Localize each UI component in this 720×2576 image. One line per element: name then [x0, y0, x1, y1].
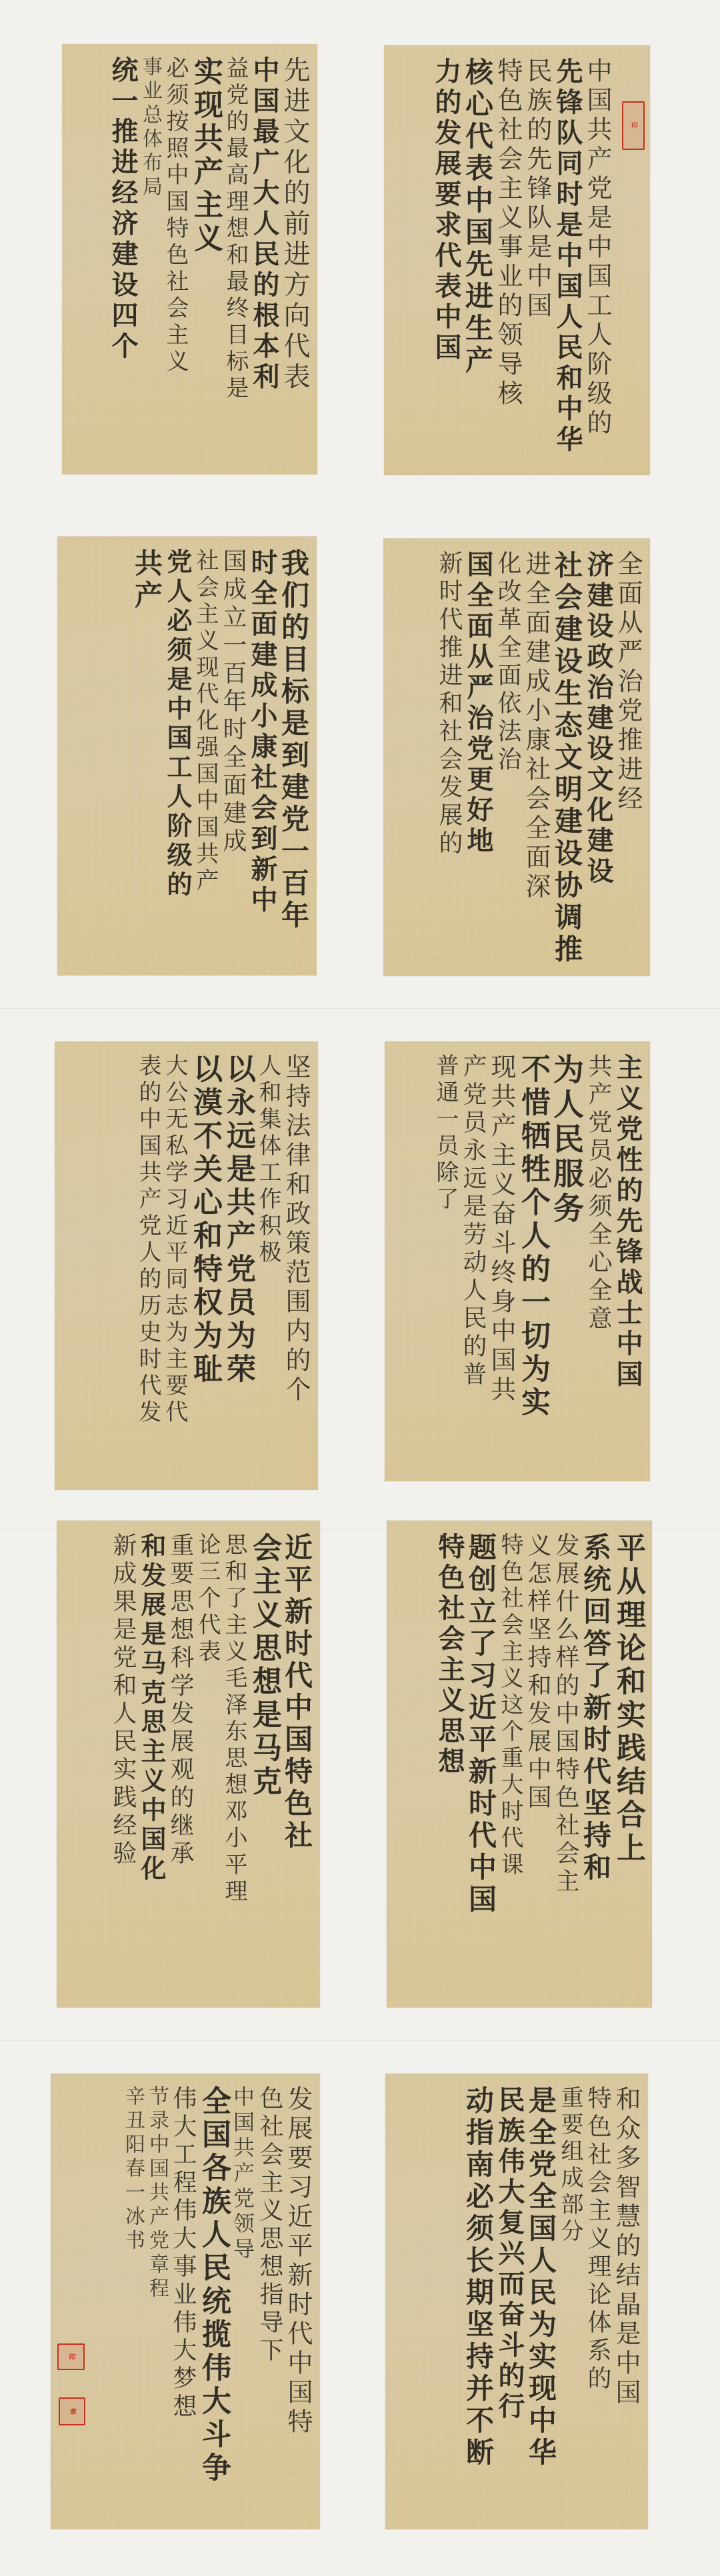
calligraphy-column: 平从理论和实践结合上 — [613, 1533, 643, 1998]
calligraphy-column: 社会主义现代化强国中国共产 — [194, 548, 217, 966]
calligraphy-column: 先锋队同时是中国人民和中华 — [554, 57, 581, 466]
calligraphy-leaf-r3-right: 主义党性的先锋战士中国共产党员必须全心全意为人民服务不惜牺牲个人的一切为实现共产… — [385, 1041, 650, 1481]
text-columns: 坚持法律和政策范围内的个人和集体工作积极以永远是共产党员为荣以漠不关心和特权为耻… — [64, 1053, 309, 1481]
calligraphy-column: 以永远是共产党员为荣 — [223, 1053, 253, 1481]
calligraphy-column: 核心代表中国先进生产 — [463, 57, 491, 466]
calligraphy-column: 坚持法律和政策范围内的个 — [283, 1053, 309, 1481]
calligraphy-column: 化改革全面依法治 — [495, 550, 519, 967]
calligraphy-column: 重要思想科学发展观的继承 — [168, 1533, 192, 1998]
calligraphy-column: 事业总体布局 — [140, 56, 160, 465]
calligraphy-leaf-r5-right: 和众多智慧的结晶是中国特色社会主义理论体系的重要组成部分是全党全国人民为实现中华… — [385, 2074, 648, 2529]
calligraphy-column: 特色社会主义事业的领导核 — [495, 57, 521, 466]
calligraphy-column: 国全面从严治党更好地 — [465, 550, 491, 967]
calligraphy-leaf-r4-left: 近平新时代中国特色社会主义思想是马克思和了主义毛泽东思想邓小平理论三个代表重要思… — [57, 1521, 320, 2008]
calligraphy-column: 益党的最高理想和最终目标是 — [224, 56, 247, 465]
calligraphy-column: 为人民服务 — [551, 1053, 582, 1472]
calligraphy-column: 论三个代表 — [196, 1533, 219, 1998]
calligraphy-leaf-r4-right: 平从理论和实践结合上系统回答了新时代坚持和发展什么样的中国特色社会主义怎样坚持和… — [387, 1521, 652, 2008]
red-seal-stamp: 章 — [59, 2397, 85, 2425]
page-seam — [0, 1008, 720, 1009]
calligraphy-column: 色社会主义思想指导下 — [257, 2086, 281, 2520]
calligraphy-column: 先进文化的前进方向代表 — [281, 56, 308, 465]
calligraphy-column: 发展要习近平新时代中国特 — [285, 2086, 311, 2520]
text-columns: 主义党性的先锋战士中国共产党员必须全心全意为人民服务不惜牺牲个人的一切为实现共产… — [394, 1053, 641, 1472]
calligraphy-column: 国成立一百年时全面建成 — [221, 548, 245, 966]
calligraphy-column: 伟大工程伟大事业伟大梦想 — [171, 2086, 195, 2520]
calligraphy-leaf-r2-left: 我们的目标是到建党一百年时全面建成小康社会到新中国成立一百年时全面建成社会主义现… — [57, 536, 317, 975]
calligraphy-column: 以漠不关心和特权为耻 — [190, 1053, 219, 1481]
text-columns: 全面从严治党推进经济建设政治建设文化建设社会建设生态文明建设协调推进全面建成小康… — [393, 550, 641, 967]
calligraphy-column: 民族的先锋队是中国 — [525, 57, 550, 466]
calligraphy-column: 济建设政治建设文化建设 — [585, 550, 611, 967]
calligraphy-column: 全国各族人民统揽伟大斗争 — [199, 2086, 228, 2520]
calligraphy-column: 现共产主义奋斗终身中国共 — [489, 1053, 514, 1472]
calligraphy-column: 党人必须是中国工人阶级的 — [165, 548, 190, 966]
calligraphy-column: 大公无私学习近平同志为主要代 — [163, 1053, 186, 1481]
calligraphy-column: 社会建设生态文明建设协调推 — [553, 550, 581, 967]
calligraphy-leaf-r1-right: 中国共产党是中国工人阶级的先锋队同时是中国人民和中华民族的先锋队是中国特色社会主… — [384, 45, 650, 475]
calligraphy-column: 思和了主义毛泽东思想邓小平理 — [223, 1533, 245, 1998]
text-columns: 平从理论和实践结合上系统回答了新时代坚持和发展什么样的中国特色社会主义怎样坚持和… — [396, 1533, 643, 1998]
calligraphy-column: 不惜牺牲个人的一切为实 — [518, 1053, 547, 1472]
text-columns: 我们的目标是到建党一百年时全面建成小康社会到新中国成立一百年时全面建成社会主义现… — [67, 548, 307, 966]
text-columns: 中国共产党是中国工人阶级的先锋队同时是中国人民和中华民族的先锋队是中国特色社会主… — [393, 57, 610, 466]
calligraphy-column: 系统回答了新时代坚持和 — [581, 1533, 609, 1998]
red-seal-stamp: 印 — [57, 2343, 85, 2370]
calligraphy-column: 中国共产党领导 — [232, 2086, 253, 2520]
calligraphy-column: 会主义思想是马克 — [249, 1533, 279, 1998]
calligraphy-column: 是全党全国人民为实现中华 — [527, 2086, 555, 2520]
calligraphy-column: 特色社会主义这个重大时代课 — [499, 1533, 521, 1998]
text-columns: 和众多智慧的结晶是中国特色社会主义理论体系的重要组成部分是全党全国人民为实现中华… — [395, 2086, 639, 2520]
calligraphy-column: 我们的目标是到建党一百年 — [279, 548, 307, 966]
calligraphy-leaf-r3-left: 坚持法律和政策范围内的个人和集体工作积极以永远是共产党员为荣以漠不关心和特权为耻… — [55, 1041, 318, 1490]
calligraphy-column: 和众多智慧的结晶是中国 — [613, 2086, 639, 2520]
red-seal-stamp: 印 — [622, 101, 645, 150]
calligraphy-column: 和发展是马克思主义中国化 — [139, 1533, 164, 1998]
calligraphy-column: 全面从严治党推进经 — [615, 550, 641, 967]
calligraphy-column: 表的中国共产党人的历史时代发 — [137, 1053, 159, 1481]
calligraphy-column: 普通一员除了 — [434, 1053, 457, 1472]
calligraphy-leaf-r2-right: 全面从严治党推进经济建设政治建设文化建设社会建设生态文明建设协调推进全面建成小康… — [383, 538, 650, 976]
calligraphy-column: 时全面建成小康社会到新中 — [249, 548, 275, 966]
calligraphy-column: 必须按照中国特色社会主义 — [164, 56, 187, 465]
calligraphy-column: 特色社会主义思想 — [436, 1533, 463, 1998]
calligraphy-column: 力的发展要求代表中国 — [433, 57, 459, 466]
calligraphy-column: 统一推进经济建设四个 — [109, 56, 136, 465]
calligraphy-column: 民族伟大复兴而奋斗的行 — [496, 2086, 523, 2520]
calligraphy-column: 动指南必须长期坚持并不断 — [464, 2086, 492, 2520]
text-columns: 先进文化的前进方向代表中国最广大人民的根本利益党的最高理想和最终目标是实现共产主… — [71, 56, 308, 465]
calligraphy-column: 中国最广大人民的根本利 — [251, 56, 277, 465]
calligraphy-column: 主义党性的先锋战士中国 — [614, 1053, 641, 1472]
calligraphy-column: 义怎样坚持和发展中国 — [525, 1533, 549, 1998]
text-columns: 近平新时代中国特色社会主义思想是马克思和了主义毛泽东思想邓小平理论三个代表重要思… — [66, 1533, 311, 1998]
calligraphy-column: 重要组成部分 — [559, 2086, 581, 2520]
calligraphy-column: 实现共产主义 — [191, 56, 220, 465]
calligraphy-column: 特色社会主义理论体系的 — [585, 2086, 609, 2520]
calligraphy-column: 产党员永远是劳动人民的普 — [461, 1053, 485, 1472]
calligraphy-column: 发展什么样的中国特色社会主 — [553, 1533, 577, 1998]
calligraphy-leaf-r5-left: 发展要习近平新时代中国特色社会主义思想指导下中国共产党领导全国各族人民统揽伟大斗… — [51, 2074, 320, 2529]
calligraphy-column: 近平新时代中国特色社 — [283, 1533, 311, 1998]
calligraphy-column: 中国共产党是中国工人阶级的 — [585, 57, 610, 466]
calligraphy-column: 新成果是党和人民实践经验 — [111, 1533, 135, 1998]
text-columns: 发展要习近平新时代中国特色社会主义思想指导下中国共产党领导全国各族人民统揽伟大斗… — [60, 2086, 311, 2520]
calligraphy-column: 辛丑阳春一冰书 — [123, 2086, 143, 2520]
calligraphy-leaf-r1-left: 先进文化的前进方向代表中国最广大人民的根本利益党的最高理想和最终目标是实现共产主… — [62, 44, 317, 474]
calligraphy-column: 节录中国共产党章程 — [147, 2086, 167, 2520]
calligraphy-column: 共产党员必须全心全意 — [586, 1053, 610, 1472]
calligraphy-column: 共产 — [133, 548, 161, 966]
calligraphy-column: 题创立了习近平新时代中国 — [467, 1533, 495, 1998]
calligraphy-column: 人和集体工作积极 — [257, 1053, 279, 1481]
page-seam — [0, 2040, 720, 2041]
calligraphy-column: 新时代推进和社会发展的 — [437, 550, 461, 967]
calligraphy-column: 进全面建成小康社会全面深 — [523, 550, 549, 967]
